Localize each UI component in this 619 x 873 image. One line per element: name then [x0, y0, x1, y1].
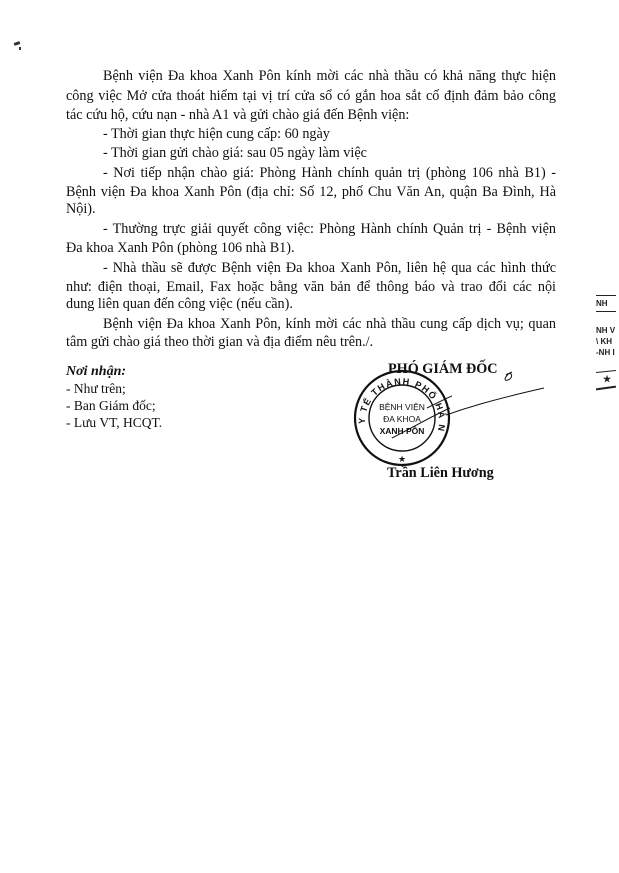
scan-artifact: [19, 47, 21, 50]
signer-name: Trần Liên Hương: [387, 465, 494, 482]
intro-line-1: Bệnh viện Đa khoa Xanh Pôn kính mời các …: [103, 67, 556, 85]
svg-text:ĐA KHOA: ĐA KHOA: [383, 414, 421, 424]
item-time-execution: - Thời gian thực hiện cung cấp: 60 ngày: [103, 125, 330, 143]
svg-text:BỆNH VIỆN: BỆNH VIỆN: [379, 402, 425, 412]
item-receiving-place-line-1: - Nơi tiếp nhận chào giá: Phòng Hành chí…: [103, 164, 556, 182]
intro-line-3: tác cứu hộ, cứu nạn - nhà A1 và gửi chào…: [66, 106, 409, 124]
recipient-item: - Lưu VT, HCQT.: [66, 414, 162, 431]
item-on-duty-line-1: - Thường trực giải quyết công việc: Phòn…: [103, 220, 556, 238]
item-on-duty-line-2: Đa khoa Xanh Pôn (phòng 106 nhà B1).: [66, 239, 295, 257]
item-receiving-place-line-2: Bệnh viện Đa khoa Xanh Pôn (địa chỉ: Số …: [66, 183, 556, 201]
recipient-item: - Ban Giám đốc;: [66, 397, 156, 414]
closing-line-1: Bệnh viện Đa khoa Xanh Pôn, kính mời các…: [103, 315, 556, 333]
item-contact-line-2: như: điện thoại, Email, Fax hoặc bằng vă…: [66, 278, 556, 296]
scan-artifact: [14, 41, 21, 46]
item-contact-line-1: - Nhà thầu sẽ được Bệnh viện Đa khoa Xan…: [103, 259, 556, 277]
hospital-seal-icon: SỞ Y TẾ THÀNH PHỐ HÀ NỘI BỆNH VIỆN ĐA KH…: [352, 368, 452, 468]
intro-line-2: công việc Mở cửa thoát hiểm tại vị trí c…: [66, 87, 556, 105]
closing-line-2: tâm gửi chào giá theo thời gian và địa đ…: [66, 333, 373, 351]
svg-text:★: ★: [398, 455, 406, 465]
svg-text:XANH PÔN: XANH PÔN: [380, 425, 425, 436]
recipient-item: - Như trên;: [66, 380, 126, 397]
item-contact-line-3: dung liên quan đến công việc (nếu cần).: [66, 295, 293, 313]
item-receiving-place-line-3: Nội).: [66, 200, 96, 218]
item-time-quote: - Thời gian gửi chào giá: sau 05 ngày là…: [103, 144, 367, 162]
signature-stroke-icon: [446, 370, 546, 420]
recipients-title: Nơi nhận:: [66, 363, 126, 380]
document-page: Bệnh viện Đa khoa Xanh Pôn kính mời các …: [0, 0, 619, 873]
side-stamp-fragment: NH NH V \ KH -NH I ★: [596, 295, 619, 395]
